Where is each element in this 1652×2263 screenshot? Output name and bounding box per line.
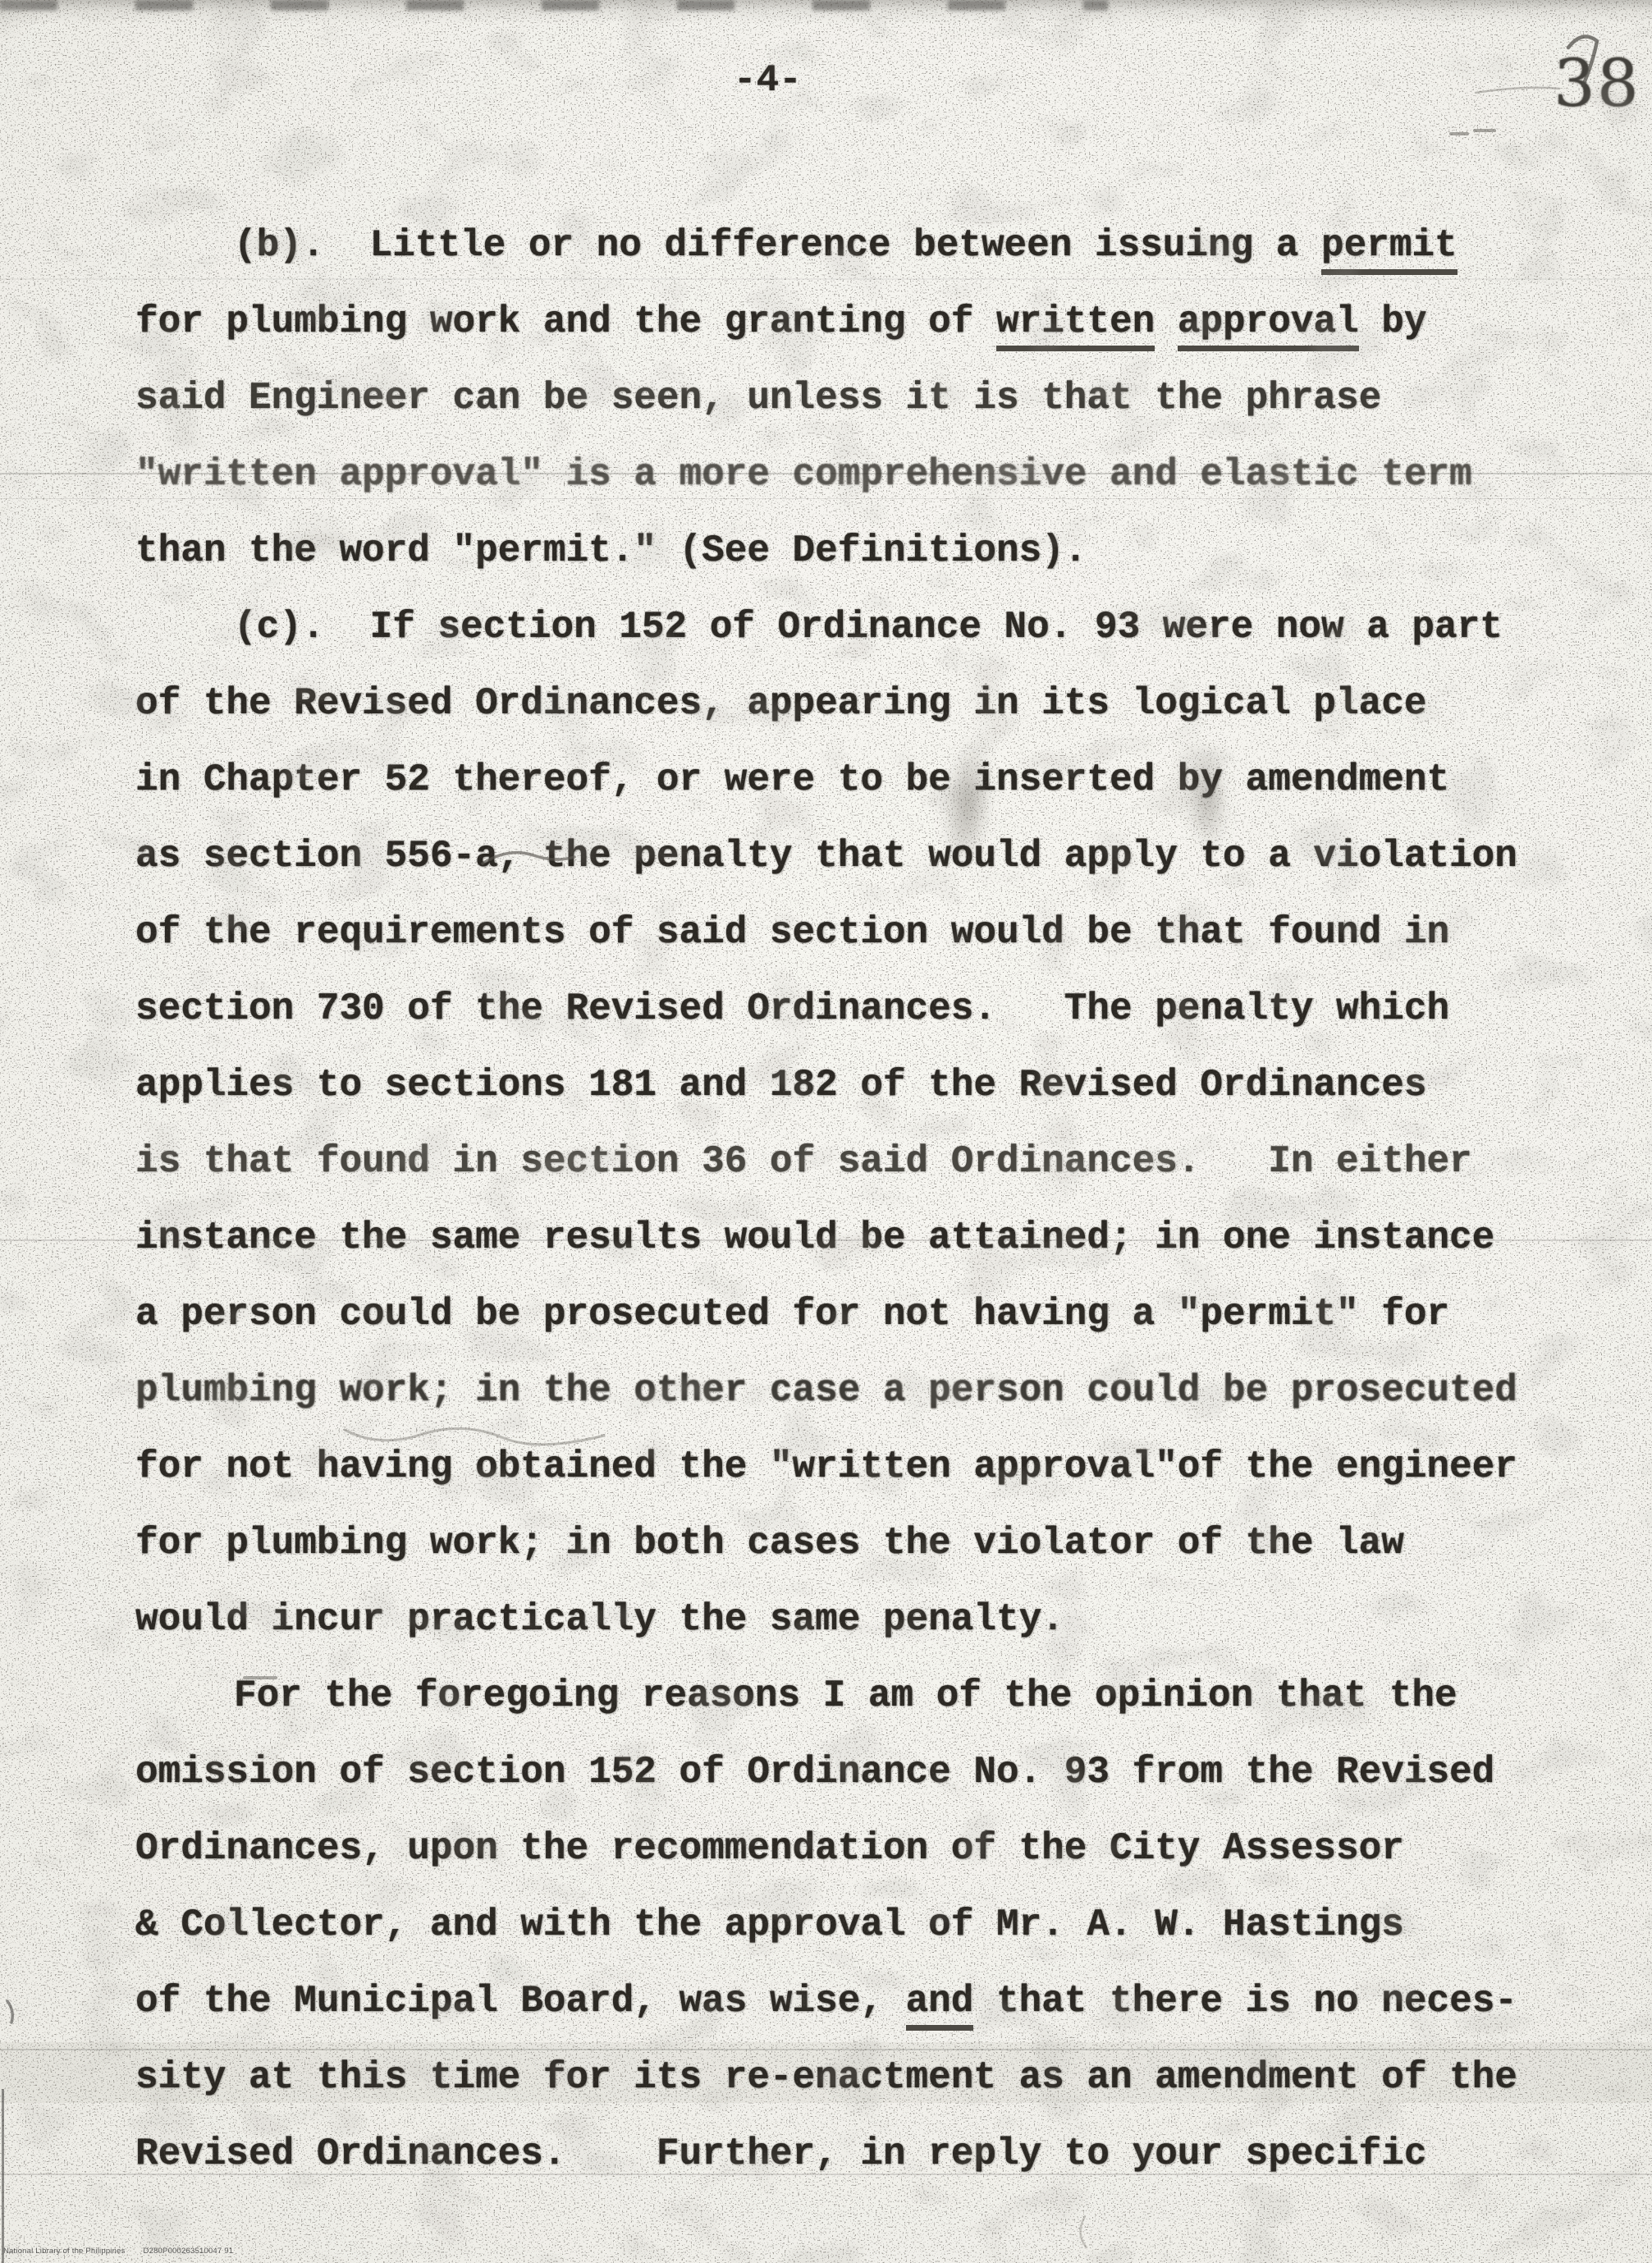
text-segment: than the word "permit." (See Definitions… (135, 529, 1087, 572)
text-line: omission of section 152 of Ordinance No.… (135, 1734, 1652, 1811)
text-segment: instance the same results would be attai… (135, 1216, 1494, 1259)
text-line: Revised Ordinances. Further, in reply to… (135, 2116, 1652, 2192)
text-segment: of the Revised Ordinances, appearing in … (135, 682, 1426, 725)
text-line: for plumbing work and the granting of wr… (135, 284, 1652, 360)
text-line: (c). If section 152 of Ordinance No. 93 … (135, 589, 1652, 666)
text-segment: as section 556-a, the penalty that would… (135, 835, 1517, 877)
scan-edge-line (2, 2089, 4, 2263)
text-segment: "written approval" is a more comprehensi… (135, 453, 1472, 496)
text-line: of the Revised Ordinances, appearing in … (135, 666, 1652, 742)
text-line: instance the same results would be attai… (135, 1200, 1652, 1276)
text-segment: Ordinances, upon the recommendation of t… (135, 1827, 1404, 1870)
underlined-text: approval (1178, 300, 1359, 351)
text-line: (b). Little or no difference between iss… (135, 208, 1652, 284)
text-line: "written approval" is a more comprehensi… (135, 437, 1652, 513)
underlined-text: written (996, 300, 1155, 351)
text-segment: sity at this time for its re-enactment a… (135, 2056, 1517, 2099)
document-text: (b). Little or no difference between iss… (135, 208, 1652, 2192)
text-line: than the word "permit." (See Definitions… (135, 513, 1652, 589)
text-segment: applies to sections 181 and 182 of the R… (135, 1064, 1426, 1106)
text-segment: (c). If section 152 of Ordinance No. 93 … (234, 606, 1503, 648)
scan-top-smear (0, 0, 1108, 11)
underlined-text: and (906, 1980, 974, 2031)
text-segment: said Engineer can be seen, unless it is … (135, 377, 1381, 419)
text-line: is that found in section 36 of said Ordi… (135, 1124, 1652, 1200)
text-line: for not having obtained the "written app… (135, 1429, 1652, 1505)
text-line: plumbing work; in the other case a perso… (135, 1353, 1652, 1429)
text-line: Ordinances, upon the recommendation of t… (135, 1811, 1652, 1887)
text-line: section 730 of the Revised Ordinances. T… (135, 971, 1652, 1047)
text-line: of the Municipal Board, was wise, and th… (135, 1963, 1652, 2040)
text-segment: plumbing work; in the other case a perso… (135, 1369, 1517, 1412)
pencil-dash-marks (1451, 131, 1494, 134)
text-segment: (b). Little or no difference between iss… (234, 224, 1321, 267)
text-segment: section 730 of the Revised Ordinances. T… (135, 987, 1449, 1030)
watermark-code: D280P000263510047 91 (144, 2247, 234, 2256)
text-line: as section 556-a, the penalty that would… (135, 818, 1652, 895)
scanned-document-page: -4- 38 (b). Little or no difference betw… (0, 0, 1652, 2263)
pencil-line-left-of-page-number (1476, 88, 1559, 93)
text-segment: of the Municipal Board, was wise, (135, 1980, 906, 2022)
text-segment (1155, 300, 1178, 343)
underlined-text: permit (1321, 224, 1458, 275)
text-segment: for plumbing work and the granting of (135, 300, 996, 343)
text-segment: that there is no neces- (973, 1980, 1517, 2022)
text-line: for plumbing work; in both cases the vio… (135, 1505, 1652, 1582)
text-segment: a person could be prosecuted for not hav… (135, 1293, 1449, 1335)
text-segment: for plumbing work; in both cases the vio… (135, 1522, 1404, 1564)
text-line: a person could be prosecuted for not hav… (135, 1276, 1652, 1353)
text-line: sity at this time for its re-enactment a… (135, 2040, 1652, 2116)
text-segment: For the foregoing reasons I am of the op… (234, 1674, 1458, 1717)
watermark-name: National Library of the Philippines (3, 2247, 126, 2256)
pencil-curl-bottom (1080, 2216, 1087, 2247)
text-line: & Collector, and with the approval of Mr… (135, 1887, 1652, 1963)
text-segment: would incur practically the same penalty… (135, 1598, 1064, 1641)
text-segment: Revised Ordinances. Further, in reply to… (135, 2132, 1426, 2175)
text-line: of the requirements of said section woul… (135, 895, 1652, 971)
library-watermark: National Library of the PhilippinesD280P… (3, 2247, 233, 2256)
text-line: For the foregoing reasons I am of the op… (135, 1658, 1652, 1734)
pencil-scribble-left-edge (7, 2001, 12, 2022)
text-line: in Chapter 52 thereof, or were to be ins… (135, 742, 1652, 818)
text-line: said Engineer can be seen, unless it is … (135, 360, 1652, 437)
text-segment: & Collector, and with the approval of Mr… (135, 1903, 1404, 1946)
text-segment: for not having obtained the "written app… (135, 1445, 1517, 1488)
page-marker: -4- (734, 59, 802, 102)
text-line: applies to sections 181 and 182 of the R… (135, 1047, 1652, 1124)
text-line: would incur practically the same penalty… (135, 1582, 1652, 1658)
text-segment: omission of section 152 of Ordinance No.… (135, 1751, 1494, 1793)
text-segment: of the requirements of said section woul… (135, 911, 1449, 954)
text-segment: is that found in section 36 of said Ordi… (135, 1140, 1472, 1183)
text-segment: in Chapter 52 thereof, or were to be ins… (135, 758, 1449, 801)
text-segment: by (1359, 300, 1427, 343)
page-number-stamp: 38 (1554, 45, 1641, 121)
